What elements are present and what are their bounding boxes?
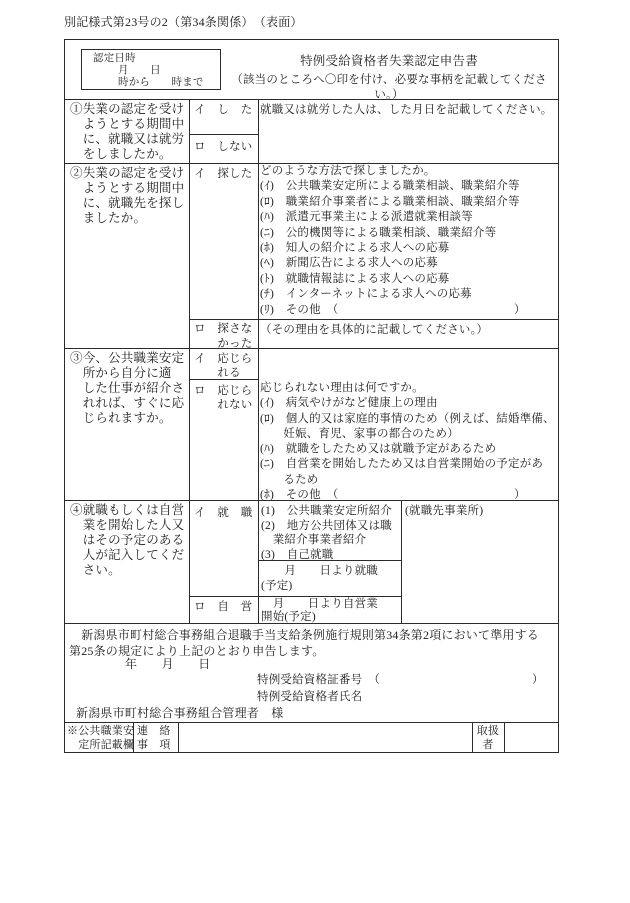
grid-line-h (65, 348, 558, 349)
section3-reason-list: 応じられない理由は何ですか。 (ｲ) 病気やけがなど健康上の理由 (ﾛ) 個人的… (260, 381, 556, 503)
section4-employer-label: (就職先事業所) (405, 504, 483, 519)
form-title: 特例受給資格者失業認定申告書 (220, 54, 558, 69)
grid-line-v (401, 500, 402, 623)
office-row-handler-blank-field (505, 723, 558, 752)
grid-line-h (189, 596, 401, 597)
declaration-addressee: 新潟県市町村総合事務組合管理者 様 (76, 706, 283, 721)
section2-not-searched-note: （その理由を具体的に記載してください。） (260, 323, 556, 338)
grid-line-v (189, 99, 190, 623)
section1-question: ①失業の認定を受け ようとする期間中 に、就職又は就労 をしましたか。 (70, 102, 184, 162)
declaration-body: 新潟県市町村総合事務組合退職手当支給条例施行規則第34条第2項において準用する … (69, 627, 556, 659)
section4-question: ④就職もしくは自営 業を開始した人又 はその予定のある 人が記入してくだ さい。 (70, 503, 184, 578)
declaration-date-line: 年 月 日 (125, 657, 210, 672)
section3-option-cannot-accept: ロ 応じら れない (194, 384, 253, 412)
form-page: 別記様式第23号の2（第34条関係） （表面） 認定日時 月 日 時から 時まで… (0, 0, 630, 903)
section4-route-list: (1) 公共職業安定所紹介 (2) 地方公共団体又は職 業紹介事業者紹介 (3)… (261, 504, 399, 562)
section3-option-can-accept: イ 応じら れる (194, 352, 253, 380)
grid-line-h (65, 99, 558, 100)
section4-option-employment: イ 就 職 (194, 506, 253, 521)
section4-employer-blank-field (405, 520, 555, 620)
office-row-contact-blank-field (179, 723, 472, 752)
certification-datetime-box: 認定日時 月 日 時から 時まで (81, 49, 221, 90)
section4-self-employment-start-field: 月 日より自営業 開始(予定) (261, 598, 399, 624)
section3-question: ③今、公共職業安定 所から自分に適 した仕事が紹介さ れれば、すぐに応 じられま… (70, 351, 184, 426)
datetime-box-time: 時から 時まで (118, 75, 204, 90)
section2-option-not-searched: ロ 探さな かった (194, 322, 253, 352)
section4-option-self-employment: ロ 自 営 (194, 600, 253, 615)
grid-line-h (189, 134, 258, 135)
grid-line-h (189, 319, 558, 320)
office-row-office-label: ※公共職業安 定所記載欄 (67, 724, 134, 752)
office-row-handler-label: 取扱 者 (472, 724, 504, 752)
section2-option-searched: イ 探した (194, 167, 253, 182)
section2-question: ②失業の認定を受け ようとする期間中 に、就職先を探し ましたか。 (70, 166, 184, 226)
section1-option-did-not: ロ しない (194, 140, 253, 155)
form-table: 認定日時 月 日 時から 時まで 特例受給資格者失業認定申告書 （該当のところへ… (64, 39, 559, 753)
grid-line-v (258, 99, 259, 623)
declaration-name-line: 特例受給資格者氏名 (257, 690, 362, 705)
declaration-cert-number-line: 特例受給資格証番号 （ ） (257, 673, 544, 688)
office-row-contact-label: 連 絡 事 項 (137, 724, 171, 752)
form-code: 別記様式第23号の2（第34条関係） （表面） (64, 15, 303, 30)
section1-option-did: イ し た (194, 103, 253, 118)
section4-employment-start-field: 月 日より就職 (予定) (261, 564, 399, 593)
section1-note: 就職又は就労した人は、した月日を記載してください。 (260, 103, 556, 118)
section2-method-list: どのような方法で探しましたか。 (ｲ) 公共職業安定所による職業相談、職業紹介等… (260, 164, 556, 318)
